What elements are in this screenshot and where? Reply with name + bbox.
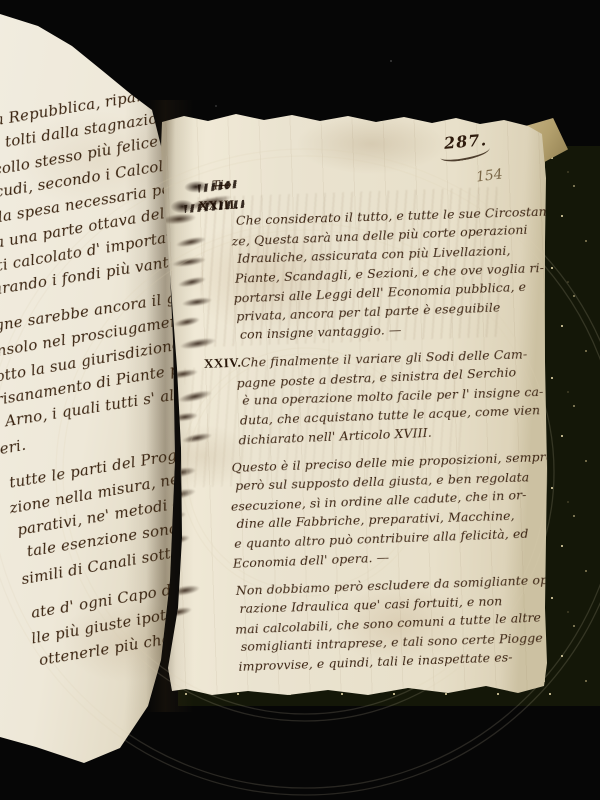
manuscript-section: Questo è il preciso delle mie proposizio… (207, 447, 547, 573)
manuscript-section: Non dobbiamo però escludere da somiglian… (212, 570, 551, 677)
manuscript-photo: darà la Repubblica, riparaori; o tolti d… (0, 0, 600, 800)
ink-smudge (165, 605, 192, 618)
ink-smudge (162, 212, 197, 225)
marbled-cover-edge (544, 146, 600, 706)
struck-word-fragment: Tio (212, 177, 232, 192)
dust-specks (390, 60, 392, 62)
manuscript-section: XXIV.Che finalmente il variare gli Sodi … (204, 343, 543, 450)
ink-smudge (173, 315, 200, 328)
right-page-text: XXIII.Che considerato il tutto, e tutte … (198, 182, 551, 685)
left-page: darà la Repubblica, riparaori; o tolti d… (0, 0, 178, 800)
ink-smudge (172, 411, 199, 423)
section-label: XXIV. (204, 355, 242, 372)
ink-smudge (169, 583, 200, 597)
right-page: 287. 154 Tio XXIII.Che considerato il tu… (156, 108, 548, 708)
manuscript-section: XXIII.Che considerato il tutto, e tutte … (198, 182, 539, 346)
